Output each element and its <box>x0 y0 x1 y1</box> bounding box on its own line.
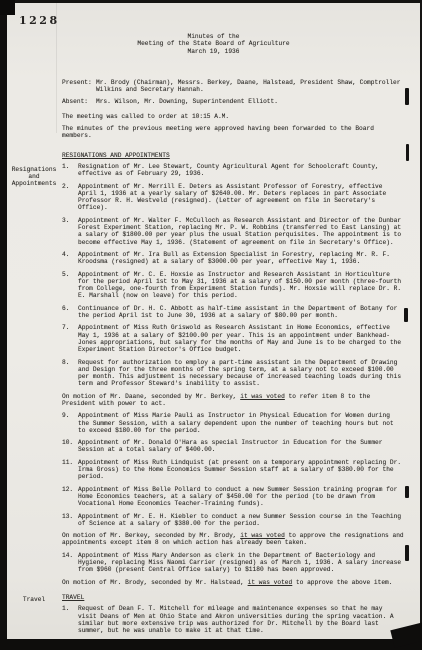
motion-paragraph-2: On motion of Mr. Berkey, seconded by Mr.… <box>62 532 404 547</box>
item-text: Request of Dean F. T. Mitchell for milea… <box>78 605 404 634</box>
item-text: Appointment of Mr. Walter F. McCulloch a… <box>78 217 404 246</box>
minutes-item-14: 14. Appointment of Miss Mary Anderson as… <box>62 552 404 574</box>
item-text: Appointment of Miss Marie Pauli as Instr… <box>78 412 404 434</box>
item-number: 10. <box>62 439 78 454</box>
absent-label: Absent: <box>62 98 96 105</box>
it-was-voted-underline: it was voted <box>248 579 293 586</box>
item-number: 11. <box>62 459 78 481</box>
item-number: 1. <box>62 163 78 178</box>
item-number: 3. <box>62 217 78 246</box>
scan-artifact <box>404 308 408 322</box>
absent-row: Absent: Mrs. Wilson, Mr. Downing, Superi… <box>62 98 404 105</box>
scan-artifact <box>405 88 409 105</box>
minutes-item-4: 4. Appointment of Mr. Ira Bull as Extens… <box>62 251 404 266</box>
item-number: 2. <box>62 183 78 212</box>
called-to-order-paragraph: The meeting was called to order at 10:15… <box>62 113 404 120</box>
minutes-item-2: 2. Appointment of Mr. Merrill E. Deters … <box>62 183 404 212</box>
scan-artifact <box>406 144 409 161</box>
minutes-item-10: 10. Appointment of Mr. Donald O'Hara as … <box>62 439 404 454</box>
item-text: Appointment of Miss Ruth Griswold as Res… <box>78 324 404 353</box>
absent-text: Mrs. Wilson, Mr. Downing, Superintendent… <box>96 98 404 105</box>
previous-minutes-paragraph: The minutes of the previous meeting were… <box>62 125 404 140</box>
item-number: 4. <box>62 251 78 266</box>
item-text: Appointment of Mr. Ira Bull as Extension… <box>78 251 404 266</box>
item-text: Appointment of Mr. C. E. Hoxsie as Instr… <box>78 271 404 300</box>
item-text: Appointment of Miss Belle Pollard to con… <box>78 486 404 508</box>
item-number: 1. <box>62 605 78 634</box>
minutes-item-6: 6. Continuance of Dr. H. C. Abbott as ha… <box>62 305 404 320</box>
it-was-voted-underline: it was voted <box>240 393 285 400</box>
minutes-item-13: 13. Appointment of Mr. E. H. Kiebler to … <box>62 513 404 528</box>
travel-item-1: 1. Request of Dean F. T. Mitchell for mi… <box>62 605 404 634</box>
document-title: Minutes of the Meeting of the State Boar… <box>7 33 420 55</box>
item-text: Appointment of Mr. Merrill E. Deters as … <box>78 183 404 212</box>
item-text: Appointment of Miss Ruth Lindquist (at p… <box>78 459 404 481</box>
motion-paragraph-1: On motion of Mr. Daane, seconded by Mr. … <box>62 393 404 408</box>
present-text: Mr. Brody (Chairman), Messrs. Berkey, Da… <box>96 79 404 94</box>
scan-artifact <box>405 486 409 498</box>
scan-edge-top <box>0 0 422 3</box>
minutes-item-5: 5. Appointment of Mr. C. E. Hoxsie as In… <box>62 271 404 300</box>
minutes-item-12: 12. Appointment of Miss Belle Pollard to… <box>62 486 404 508</box>
scan-corner-mark <box>0 0 15 15</box>
item-number: 12. <box>62 486 78 508</box>
item-number: 6. <box>62 305 78 320</box>
item-text: Appointment of Mr. Donald O'Hara as spec… <box>78 439 404 454</box>
title-line-2: Meeting of the State Board of Agricultur… <box>7 40 420 47</box>
it-was-voted-underline: it was voted <box>240 532 285 539</box>
item-text: Appointment of Miss Mary Anderson as cle… <box>78 552 404 574</box>
minutes-item-1: 1. Resignation of Mr. Lee Stewart, Count… <box>62 163 404 178</box>
section-heading-travel: TRAVEL <box>62 594 404 601</box>
present-row: Present: Mr. Brody (Chairman), Messrs. B… <box>62 79 404 94</box>
minutes-item-7: 7. Appointment of Miss Ruth Griswold as … <box>62 324 404 353</box>
item-text: Resignation of Mr. Lee Stewart, County A… <box>78 163 404 178</box>
margin-note-resignations: Resignations and Appointments <box>9 166 59 188</box>
item-text: Appointment of Mr. E. H. Kiebler to cond… <box>78 513 404 528</box>
item-text: Request for authorization to employ a pa… <box>78 359 404 388</box>
title-line-3: March 19, 1936 <box>7 48 420 55</box>
item-number: 9. <box>62 412 78 434</box>
scanned-page: 1228 Minutes of the Meeting of the State… <box>7 3 420 639</box>
title-line-1: Minutes of the <box>7 33 420 40</box>
margin-note-travel: Travel <box>9 596 59 603</box>
present-label: Present: <box>62 79 96 94</box>
section-heading-resignations: RESIGNATIONS AND APPOINTMENTS <box>62 152 404 159</box>
minutes-item-11: 11. Appointment of Miss Ruth Lindquist (… <box>62 459 404 481</box>
item-number: 14. <box>62 552 78 574</box>
item-text: Continuance of Dr. H. C. Abbott as half-… <box>78 305 404 320</box>
item-number: 13. <box>62 513 78 528</box>
minutes-item-3: 3. Appointment of Mr. Walter F. McCulloc… <box>62 217 404 246</box>
item-number: 8. <box>62 359 78 388</box>
scan-edge-left <box>0 0 7 650</box>
scan-artifact <box>405 545 409 561</box>
item-number: 7. <box>62 324 78 353</box>
minutes-item-8: 8. Request for authorization to employ a… <box>62 359 404 388</box>
item-number: 5. <box>62 271 78 300</box>
scan-edge-bottom <box>0 639 422 650</box>
document-body: Minutes of the Meeting of the State Boar… <box>7 33 420 639</box>
page-number: 1228 <box>19 14 60 27</box>
motion-paragraph-3: On motion of Mr. Brody, seconded by Mr. … <box>62 579 404 586</box>
minutes-item-9: 9. Appointment of Miss Marie Pauli as In… <box>62 412 404 434</box>
